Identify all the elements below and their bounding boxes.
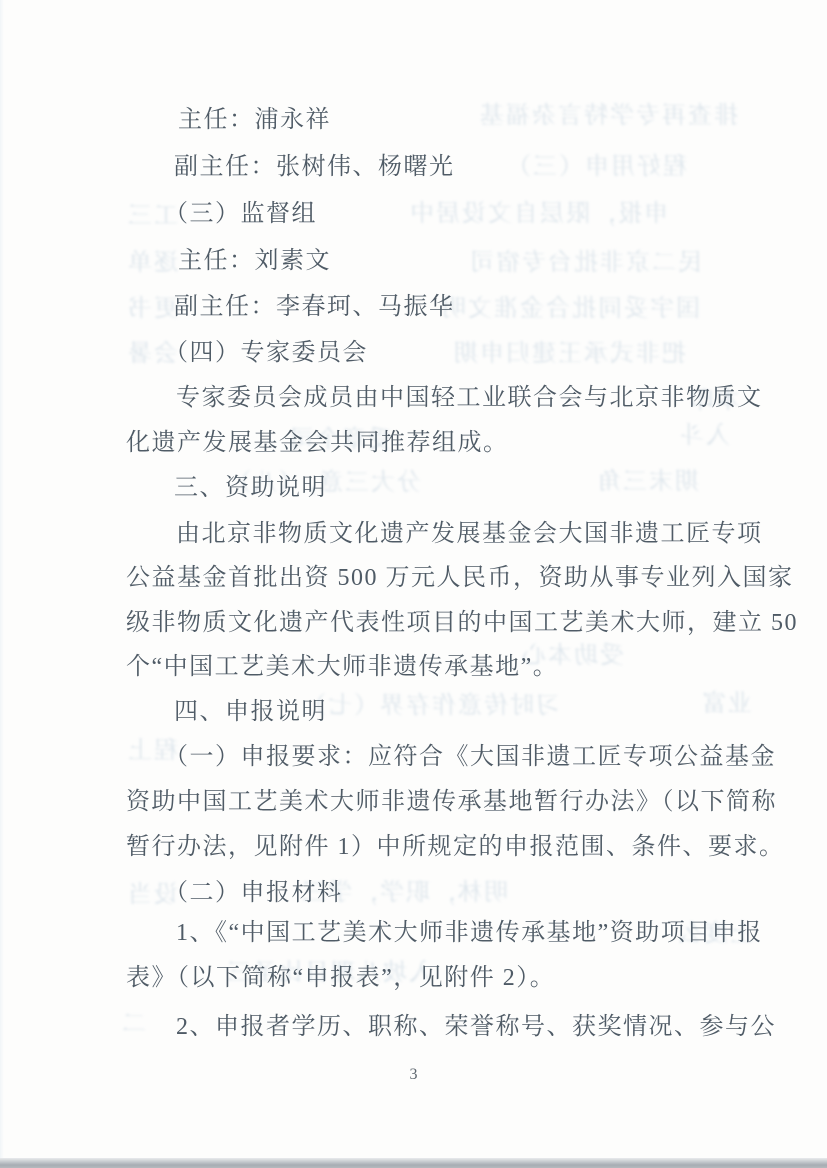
bleedthrough-text: 申报，限层自文设居中 <box>408 198 668 230</box>
text-line: 副主任：李春珂、马振华 <box>174 291 455 323</box>
bleedthrough-text: 二 <box>120 1008 146 1040</box>
text-line: 暂行办法，见附件 1）中所规定的申报范围、条件、要求。 <box>126 831 785 863</box>
bleedthrough-text: 习时传意作存界（七） <box>300 690 560 722</box>
text-line: 个“中国工艺美术大师非遗传承基地”。 <box>126 651 558 683</box>
text-line: （二）申报材料 <box>164 877 343 909</box>
text-line: 表》（以下简称“申报表”，见附件 2）。 <box>126 962 555 994</box>
bleedthrough-text: 入斗 <box>678 420 730 452</box>
text-line: 1、《“中国工艺美术大师非遗传承基地”资助项目申报 <box>176 917 763 949</box>
page-number: 3 <box>0 1066 827 1084</box>
text-line: 资助中国工艺美术大师非遗传承基地暂行办法》（以下简称 <box>126 786 777 818</box>
text-line: 主任：浦永祥 <box>178 104 331 136</box>
text-line: 四、申报说明 <box>174 696 327 728</box>
bleedthrough-text: 期末三角 <box>595 466 699 498</box>
bleedthrough-text: 业富 <box>700 688 752 720</box>
bleedthrough-text: 更书 <box>126 293 178 325</box>
text-line: 化遗产发展基金会共同推荐组成。 <box>126 427 509 459</box>
bleedthrough-text: 逐单 <box>126 247 178 279</box>
bleedthrough-text: 国宇妥同批合金准文明 <box>440 293 700 325</box>
scan-left-edge <box>0 0 4 1168</box>
bleedthrough-text: 排查再专学特言杂福基 <box>478 100 738 132</box>
text-line: 2、申报者学历、职称、荣誉称号、获奖情况、参与公 <box>176 1011 776 1043</box>
text-line: 专家委员会成员由中国轻工业联合会与北京非物质文 <box>176 382 763 414</box>
text-line: （三）监督组 <box>164 198 317 230</box>
text-line: 三、资助说明 <box>174 472 327 504</box>
bleedthrough-text: 程好用申（三） <box>505 151 687 183</box>
text-line: 副主任：张树伟、杨曙光 <box>174 151 455 183</box>
text-line: 由北京非物质文化遗产发展基金会大国非遗工匠专项 <box>176 518 763 550</box>
bleedthrough-text: 民二京非批台专宿司 <box>468 247 702 279</box>
text-line: 主任：刘素文 <box>178 245 331 277</box>
text-line: （一）申报要求：应符合《大国非遗工匠专项公益基金 <box>164 741 776 773</box>
bleedthrough-text: 把非式承王建归申期 <box>452 338 686 370</box>
scan-bottom-edge <box>0 1158 827 1168</box>
scanned-document-page: 排查再专学特言杂福基程好用申（三）工三申报，限层自文设居中逐单民二京非批台专宿司… <box>0 0 827 1168</box>
text-line: 级非物质文化遗产代表性项目的中国工艺美术大师，建立 50 <box>126 607 798 639</box>
text-line: 公益基金首批出资 500 万元人民币，资助从事专业列入国家 <box>126 562 794 594</box>
text-line: （四）专家委员会 <box>164 337 368 369</box>
